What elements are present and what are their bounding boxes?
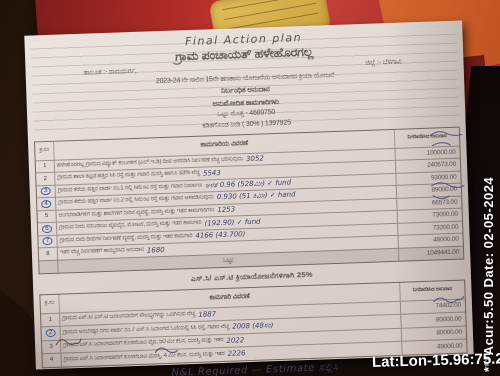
gps-camera-photo: Final Action plan ಗ್ರಾಮ ಪಂಚಾಯತ್ ಹಳೇಹೊರಗಲ…	[0, 0, 500, 376]
amount-cell: 66573.00	[397, 196, 461, 210]
handwritten-annotation: 2022	[226, 336, 244, 345]
row-number-circled: 2	[45, 329, 56, 337]
row-number: 1	[36, 160, 55, 172]
amount-cell: 89000.00	[397, 184, 461, 198]
amount-cell: 73200.00	[398, 221, 462, 235]
handwritten-annotation: 1887	[198, 310, 216, 319]
amount-cell: 74402.00	[401, 299, 465, 314]
row-number: 3	[42, 340, 61, 353]
row-number: 1	[41, 313, 60, 326]
total-amount: 1049441.00	[399, 246, 463, 260]
work-description: ಗ್ರಾಮದ ಎಸ್.ಸಿ ಜನಾಂಗದವರಿಗೆ ಕೊಳವೆಬಾವಿ ದುರಸ…	[64, 351, 225, 364]
row-number-circled: 3	[40, 187, 51, 195]
row-number-circled: 4	[41, 200, 52, 208]
header-amount: ನಿಗದಿಪಡಿಸಿದ ಅನುದಾನ	[400, 280, 465, 300]
handwritten-annotation: 5543	[203, 169, 221, 178]
handwritten-annotation: 4166 (43.700)	[195, 230, 245, 240]
gps-overlay-latlon: Lat:Lon-15.96:75.27	[372, 350, 500, 371]
handwritten-annotation: 2008 (48ಸಂ)	[232, 321, 274, 331]
handwritten-annotation: 1253	[217, 206, 235, 215]
amount-cell: 48000.00	[399, 234, 463, 248]
document-header: Final Action plan ಗ್ರಾಮ ಪಂಚಾಯತ್ ಹಳೇಹೊರಗಲ…	[30, 26, 459, 136]
handwritten-annotation: (192.90) ✓ fund	[204, 217, 260, 227]
header-amount: ನಿಗದಿಪಡಿಸಿದ ಅನುದಾನ	[395, 127, 460, 147]
amount-cell: 80000.00	[401, 313, 465, 328]
row-number: 8	[39, 248, 58, 260]
handwritten-annotation: ಅಳತೆ 0.96 (528ಮೀ) ✓ fund	[205, 178, 291, 190]
header-slno: ಕ್ರ.ಸಂ	[35, 141, 55, 160]
amount-cell: 93000.00	[396, 171, 460, 185]
taluk-label: ತಾಲೂಕ :- ರಾಮದುರ್ಗ,	[84, 68, 137, 78]
row-number: 2	[36, 173, 55, 185]
paper-document: Final Action plan ಗ್ರಾಮ ಪಂಚಾಯತ್ ಹಳೇಹೊರಗಲ…	[24, 20, 473, 369]
handwritten-annotation: 1680	[147, 246, 165, 255]
row-number: 5	[37, 210, 56, 222]
handwritten-annotation: 0.930 (51 ಕಿಮೀ) ✓ hand	[217, 191, 296, 203]
row-number: 4	[42, 354, 61, 367]
work-description: ಗ್ರಾಮದ ಎಸ್.ಸಿ/ ಎಸ್.ಟಿ ಜನಾಂಗದವರಿಗೆ ಸೌಲಭ್ಯ…	[62, 311, 195, 323]
work-description: ಗ್ರಾಮದ ಬೀದಿ ದೀಪಗಳ ನಿರ್ವಹಣೆ ವ್ಯವಸ್ಥೆ, ದುರ…	[59, 233, 192, 245]
handwritten-annotation: 3052	[246, 155, 264, 164]
works-table: ಕ್ರ.ಸಂ ಕಾಮಗಾರಿಯ ವಿವರಣೆ ನಿಗದಿಪಡಿಸಿದ ಅನುದಾ…	[34, 126, 464, 274]
work-description: ಇತರ ವೆಚ್ಚ ನಿರ್ವಹಣೆಗೆ ಕಾಯ್ದಿರಿಸಿದ ಅನುದಾನ	[60, 247, 144, 257]
handwritten-annotation: 2226	[228, 349, 246, 358]
amount-cell: 73000.00	[398, 209, 462, 223]
row-number-circled: 7	[42, 237, 53, 245]
amount-cell: 240573.00	[396, 159, 460, 173]
district-label: ಜಿಲ್ಲೆ :- ಬೆಳಗಾವಿ	[365, 59, 401, 68]
gps-overlay-accuracy-date: ***Acur:5.50 Date: 02-05-2024	[481, 132, 496, 372]
header-slno: ಕ್ರ.ಸಂ	[40, 294, 60, 313]
amount-cell: 100000.00	[395, 146, 459, 160]
amount-cell: 80000.00	[402, 326, 466, 341]
total-blank	[39, 260, 58, 273]
row-number-circled: 6	[42, 225, 53, 233]
